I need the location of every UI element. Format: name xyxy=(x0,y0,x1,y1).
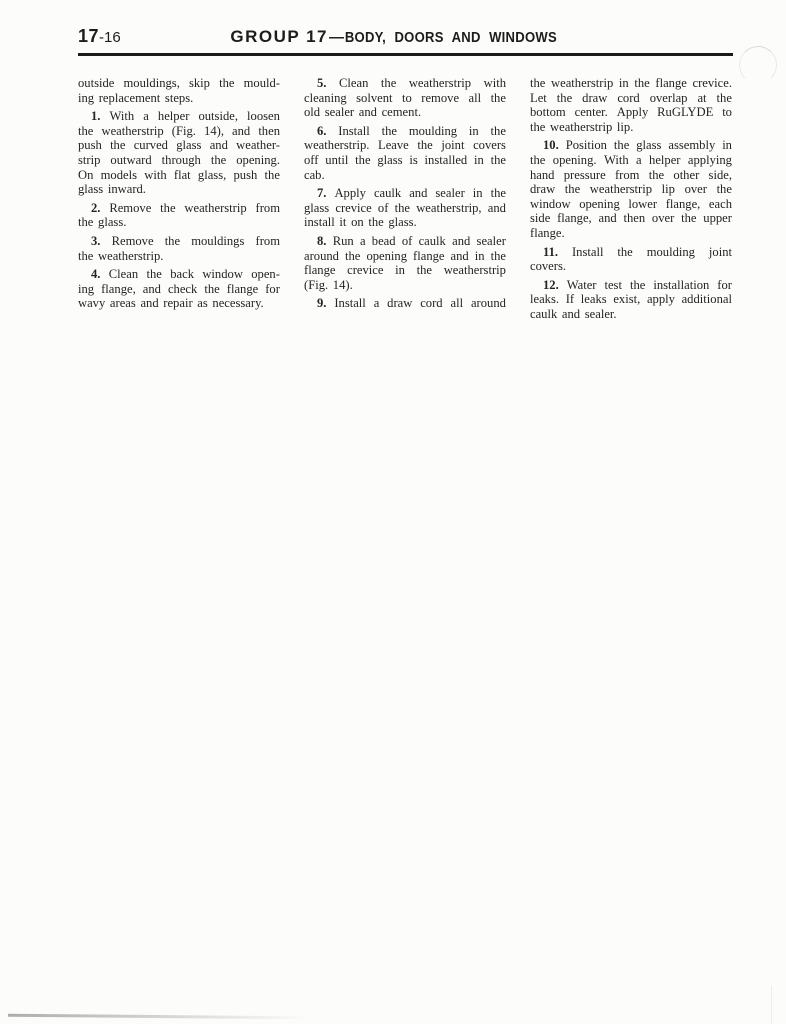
text-line: 3.Removethemouldingsfrom xyxy=(78,234,280,249)
step-paragraph: 1.Withahelperoutside,loosentheweatherstr… xyxy=(78,109,280,197)
step-paragraph: 8.Runabeadofcaulkandsealeraroundtheopeni… xyxy=(304,234,506,292)
text-columns: outsidemouldings,skipthemould-ing replac… xyxy=(78,76,733,326)
step-number: 9. xyxy=(317,296,326,311)
text-line: caulk and sealer. xyxy=(530,307,732,322)
text-line: outsidemouldings,skipthemould- xyxy=(78,76,280,91)
text-line: 8.Runabeadofcaulkandsealer xyxy=(304,234,506,249)
step-paragraph: 9.Installadrawcordallaround xyxy=(304,296,506,311)
text-line: 12.Watertesttheinstallationfor xyxy=(530,278,732,293)
text-line: glasscreviceoftheweatherstrip,and xyxy=(304,201,506,216)
paragraph: outsidemouldings,skipthemould-ing replac… xyxy=(78,76,280,105)
text-line: the weatherstrip. xyxy=(78,249,280,264)
step-number: 10. xyxy=(543,138,559,153)
text-line: weatherstrip.Leavethejointcovers xyxy=(304,138,506,153)
text-line: 5.Cleantheweatherstripwith xyxy=(304,76,506,91)
text-line: windowopeninglowerflange,each xyxy=(530,197,732,212)
text-line: theopening.Withahelperapplying xyxy=(530,153,732,168)
step-number: 5. xyxy=(317,76,326,91)
page-title-section: BODY, DOORS AND WINDOWS xyxy=(345,30,557,46)
manual-page: 17-16 GROUP 17—BODY, DOORS AND WINDOWS o… xyxy=(0,0,786,1024)
text-line: sideflange,andthenovertheupper xyxy=(530,211,732,226)
step-paragraph: 2.Removetheweatherstripfromthe glass. xyxy=(78,201,280,230)
text-line: install it on the glass. xyxy=(304,215,506,230)
step-paragraph: 5.Cleantheweatherstripwithcleaningsolven… xyxy=(304,76,506,120)
text-line: cab. xyxy=(304,168,506,183)
text-line: 1.Withahelperoutside,loosen xyxy=(78,109,280,124)
text-line: theweatherstripintheflangecrevice. xyxy=(530,76,732,91)
text-line: stripoutwardthroughtheopening. xyxy=(78,153,280,168)
text-line: handpressurefromtheotherside, xyxy=(530,168,732,183)
text-line: cleaningsolventtoremoveallthe xyxy=(304,91,506,106)
text-line: wavy areas and repair as necessary. xyxy=(78,296,280,311)
step-paragraph: 7.Applycaulkandsealerintheglasscreviceof… xyxy=(304,186,506,230)
step-paragraph: 12.Watertesttheinstallationforleaks.Ifle… xyxy=(530,278,732,322)
text-column: theweatherstripintheflangecrevice.Letthe… xyxy=(530,76,732,326)
text-line: old sealer and cement. xyxy=(304,105,506,120)
step-paragraph: 4.Cleanthebackwindowopen-ingflange,andch… xyxy=(78,267,280,311)
text-line: 2.Removetheweatherstripfrom xyxy=(78,201,280,216)
text-line: ing replacement steps. xyxy=(78,91,280,106)
text-line: drawtheweatherstriplipoverthe xyxy=(530,182,732,197)
text-line: flangecreviceintheweatherstrip xyxy=(304,263,506,278)
text-line: theweatherstrip(Fig.14),andthen xyxy=(78,124,280,139)
page-number-group: 17 xyxy=(78,26,99,46)
text-line: 7.Applycaulkandsealerinthe xyxy=(304,186,506,201)
text-line: 4.Cleanthebackwindowopen- xyxy=(78,267,280,282)
text-line: bottomcenter.ApplyRuGLYDEto xyxy=(530,105,732,120)
text-line: 11.Installthemouldingjoint xyxy=(530,245,732,260)
page-title-dash: — xyxy=(328,29,345,46)
paragraph: theweatherstripintheflangecrevice.Letthe… xyxy=(530,76,732,134)
scan-artifact-arc xyxy=(739,46,777,84)
step-paragraph: 3.Removethemouldingsfromthe weatherstrip… xyxy=(78,234,280,263)
step-number: 8. xyxy=(317,234,326,249)
step-number: 2. xyxy=(91,201,100,216)
text-line: 6.Installthemouldinginthe xyxy=(304,124,506,139)
page-number: 17-16 xyxy=(78,26,121,47)
text-column: 5.Cleantheweatherstripwithcleaningsolven… xyxy=(304,76,506,326)
text-line: ingflange,andchecktheflangefor xyxy=(78,282,280,297)
text-line: aroundtheopeningflangeandinthe xyxy=(304,249,506,264)
text-line: covers. xyxy=(530,259,732,274)
step-number: 4. xyxy=(91,267,100,282)
text-line: the glass. xyxy=(78,215,280,230)
text-line: leaks.Ifleaksexist,applyadditional xyxy=(530,292,732,307)
text-line: the weatherstrip lip. xyxy=(530,120,732,135)
text-column: outsidemouldings,skipthemould-ing replac… xyxy=(78,76,280,326)
page-title-group: GROUP 17 xyxy=(230,27,328,46)
text-line: glass inward. xyxy=(78,182,280,197)
step-number: 12. xyxy=(543,278,559,293)
page-title: GROUP 17—BODY, DOORS AND WINDOWS xyxy=(230,27,580,47)
step-number: 3. xyxy=(91,234,100,249)
text-line: Letthedrawcordoverlapatthe xyxy=(530,91,732,106)
scan-artifact-edge xyxy=(771,986,772,1024)
page-header: 17-16 GROUP 17—BODY, DOORS AND WINDOWS xyxy=(78,0,733,48)
text-line: (Fig. 14). xyxy=(304,278,506,293)
step-number: 7. xyxy=(317,186,326,201)
text-line: 9.Installadrawcordallaround xyxy=(304,296,506,311)
text-line: pushthecurvedglassandweather- xyxy=(78,138,280,153)
step-paragraph: 11.Installthemouldingjointcovers. xyxy=(530,245,732,274)
page-number-page: -16 xyxy=(99,29,121,46)
text-line: flange. xyxy=(530,226,732,241)
text-line: 10.Positiontheglassassemblyin xyxy=(530,138,732,153)
step-number: 6. xyxy=(317,124,326,139)
scan-artifact-streak xyxy=(8,1014,308,1019)
step-paragraph: 10.Positiontheglassassemblyintheopening.… xyxy=(530,138,732,240)
text-line: offuntiltheglassisinstalledinthe xyxy=(304,153,506,168)
step-number: 11. xyxy=(543,245,558,260)
header-rule xyxy=(78,53,733,56)
step-number: 1. xyxy=(91,109,100,124)
text-line: Onmodelswithflatglass,pushthe xyxy=(78,168,280,183)
step-paragraph: 6.Installthemouldingintheweatherstrip.Le… xyxy=(304,124,506,182)
